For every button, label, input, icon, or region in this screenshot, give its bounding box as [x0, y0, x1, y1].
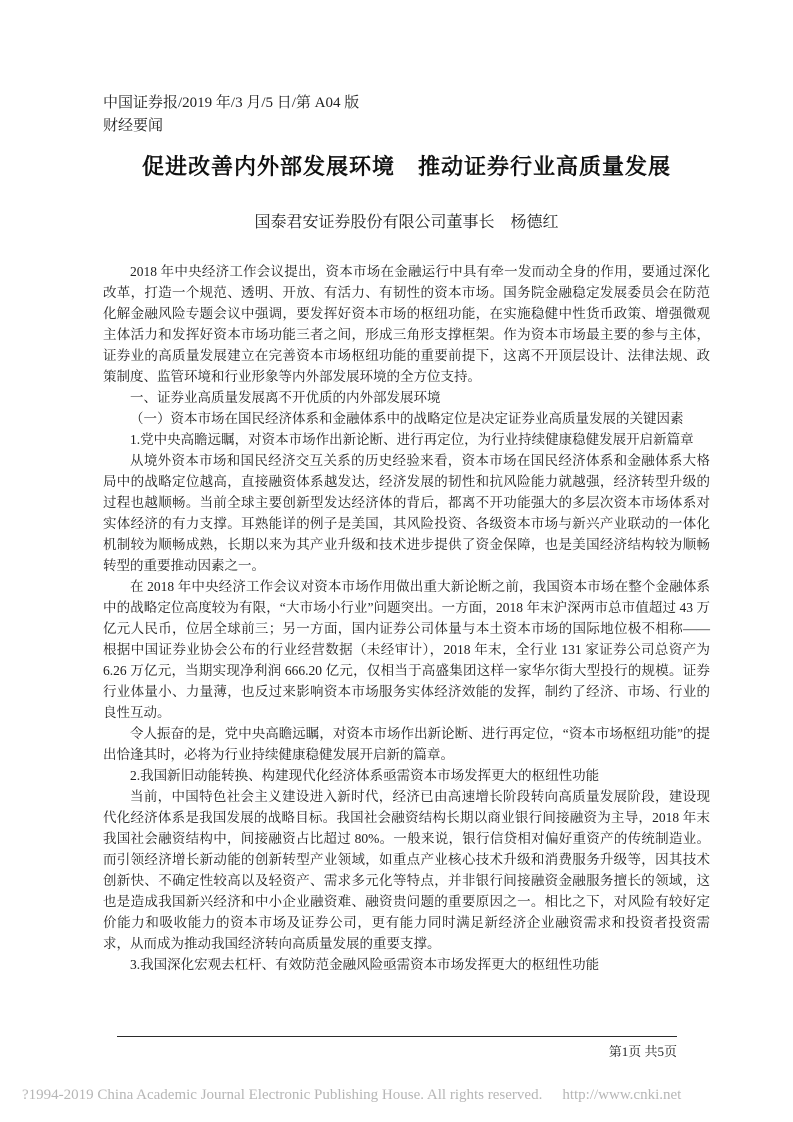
document-page: 中国证券报/2019 年/3 月/5 日/第 A04 版 财经要闻 促进改善内外… [0, 0, 793, 1122]
paragraph-overseas-experience: 从境外资本市场和国民经济交互关系的历史经验来看，资本市场在国民经济体系和金融体系… [103, 450, 710, 576]
paragraph-2018-market: 在 2018 年中央经济工作会议对资本市场作用做出重大新论断之前，我国资本市场在… [103, 576, 710, 723]
section-line: 财经要闻 [103, 115, 359, 138]
heading-subsection-1: （一）资本市场在国民经济体系和金融体系中的战略定位是决定证券业高质量发展的关键因… [103, 408, 710, 429]
page-footer: 第1页 共5页 [117, 1036, 677, 1060]
heading-point-3: 3.我国深化宏观去杠杆、有效防范金融风险亟需资本市场发挥更大的枢纽性功能 [103, 954, 710, 975]
article-body: 2018 年中央经济工作会议提出，资本市场在金融运行中具有牵一发而动全身的作用，… [103, 261, 710, 975]
copyright-line: ?1994-2019 China Academic Journal Electr… [22, 1087, 681, 1104]
heading-point-2: 2.我国新旧动能转换、构建现代化经济体系亟需资本市场发挥更大的枢纽性功能 [103, 765, 710, 786]
article-title: 促进改善内外部发展环境 推动证券行业高质量发展 [103, 150, 710, 181]
heading-section-1: 一、证券业高质量发展离不开优质的内外部发展环境 [103, 387, 710, 408]
source-line: 中国证券报/2019 年/3 月/5 日/第 A04 版 [103, 92, 359, 115]
heading-point-1: 1.党中央高瞻远瞩，对资本市场作出新论断、进行再定位，为行业持续健康稳健发展开启… [103, 429, 710, 450]
article-byline: 国泰君安证券股份有限公司董事长 杨德红 [103, 209, 710, 232]
doc-header: 中国证券报/2019 年/3 月/5 日/第 A04 版 财经要闻 [103, 92, 359, 138]
copyright-text: ?1994-2019 China Academic Journal Electr… [22, 1087, 542, 1103]
paragraph-intro: 2018 年中央经济工作会议提出，资本市场在金融运行中具有牵一发而动全身的作用，… [103, 261, 710, 387]
paragraph-new-era: 当前，中国特色社会主义建设进入新时代，经济已由高速增长阶段转向高质量发展阶段，建… [103, 786, 710, 954]
paragraph-exciting: 令人振奋的是，党中央高瞻远瞩，对资本市场作出新论断、进行再定位，“资本市场枢纽功… [103, 723, 710, 765]
page-indicator: 第1页 共5页 [609, 1044, 677, 1059]
cnki-url: http://www.cnki.net [562, 1087, 681, 1103]
